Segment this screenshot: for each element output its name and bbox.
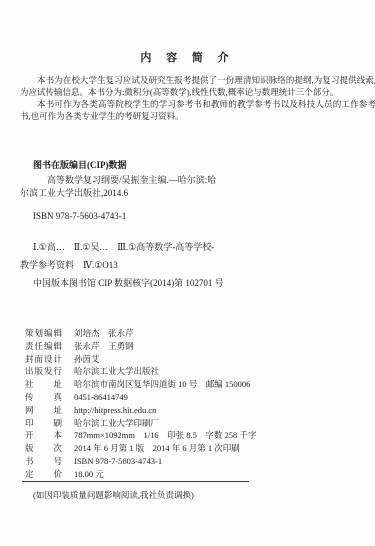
- pub-label: 策划编辑: [25, 327, 62, 340]
- pub-row-book-number: 书 号ISBN 978-7-5603-4743-1: [25, 455, 370, 468]
- pub-label: 印 刷: [25, 417, 62, 430]
- cip-bibliographic-line-1: 高等数学复习纲要/吴振奎主编.—哈尔滨:哈: [47, 174, 365, 188]
- pub-label: 网 址: [25, 404, 62, 417]
- publishing-info: 策划编辑刘培杰 张永芹 责任编辑张永芹 王勇钢 封面设计孙茵艾 出版发行哈尔滨工…: [25, 327, 370, 481]
- pub-row-edition: 版 次2014 年 6 月第 1 版 2014 年 6 月第 1 次印刷: [25, 442, 370, 455]
- pub-value: 0451-86414749: [74, 392, 128, 402]
- pub-value: 张永芹 王勇钢: [74, 341, 134, 351]
- pub-row-planning-editor: 策划编辑刘培杰 张永芹: [25, 327, 370, 340]
- summary-heading: 内 容 简 介: [0, 49, 375, 65]
- pub-label: 出版发行: [25, 365, 62, 378]
- pub-label: 开 本: [25, 429, 62, 442]
- pub-label: 书 号: [25, 455, 62, 468]
- pub-value: http://hitpress.hit.edu.cn: [74, 405, 156, 415]
- pub-value: 哈尔滨工业大学印刷厂: [74, 418, 159, 428]
- pub-value: 刘培杰 张永芹: [74, 328, 134, 338]
- pub-row-responsible-editor: 责任编辑张永芹 王勇钢: [25, 340, 370, 353]
- cip-class-line-1: Ⅰ.①高… Ⅱ.①吴… Ⅲ.①高等数学-高等学校-: [33, 238, 365, 256]
- pub-value: 孙茵艾: [74, 354, 100, 364]
- pub-row-fax: 传 真0451-86414749: [25, 391, 370, 404]
- pub-label: 责任编辑: [25, 340, 62, 353]
- cip-bibliographic-line-2: 尔滨工业大学出版社,2014.6: [20, 187, 365, 201]
- summary-paragraph-1: 本书为在校大学生复习应试及研究生报考提供了一份理清知识脉络的提纲,为复习提供线索…: [20, 74, 375, 98]
- pub-row-address: 社 址哈尔滨市南岗区复华四道街 10 号 邮编 150006: [25, 378, 370, 391]
- pub-label: 社 址: [25, 378, 62, 391]
- cip-class-line-2: 教学参考资料 Ⅳ.①O13: [20, 256, 365, 274]
- pub-row-cover-design: 封面设计孙茵艾: [25, 353, 370, 366]
- content-summary: 本书为在校大学生复习应试及研究生报考提供了一份理清知识脉络的提纲,为复习提供线索…: [20, 74, 375, 122]
- pub-value: 哈尔滨市南岗区复华四道街 10 号 邮编 150006: [74, 379, 250, 389]
- cip-block: 图书在版编目(CIP)数据 高等数学复习纲要/吴振奎主编.—哈尔滨:哈 尔滨工业…: [20, 159, 365, 223]
- pub-label: 定 价: [25, 468, 62, 481]
- cip-record-number: 中国版本图书馆 CIP 数据核字(2014)第 102701 号: [33, 276, 363, 289]
- copyright-page: 内 容 简 介 本书为在校大学生复习应试及研究生报考提供了一份理清知识脉络的提纲…: [0, 0, 375, 546]
- cip-classification: Ⅰ.①高… Ⅱ.①吴… Ⅲ.①高等数学-高等学校- 教学参考资料 Ⅳ.①O13: [20, 238, 365, 274]
- pub-label: 封面设计: [25, 353, 62, 366]
- summary-paragraph-2: 本书可作为各类高等院校学生的学习参考书和教师的教学参考书以及科技人员的工作参考书…: [20, 98, 375, 122]
- footer-divider: [22, 481, 249, 482]
- cip-isbn: ISBN 978-7-5603-4743-1: [33, 210, 365, 224]
- pub-value: 18.00 元: [74, 469, 104, 479]
- pub-row-printer: 印 刷哈尔滨工业大学印刷厂: [25, 417, 370, 430]
- pub-row-format: 开 本787mm×1092mm 1/16 印张 8.5 字数 258 千字: [25, 429, 370, 442]
- pub-row-price: 定 价18.00 元: [25, 468, 370, 481]
- pub-value: 2014 年 6 月第 1 版 2014 年 6 月第 1 次印刷: [74, 443, 240, 453]
- footer-note: (如因印装质量问题影响阅读,我社负责调换): [33, 489, 363, 501]
- pub-row-publisher: 出版发行哈尔滨工业大学出版社: [25, 365, 370, 378]
- pub-label: 传 真: [25, 391, 62, 404]
- pub-row-website: 网 址http://hitpress.hit.edu.cn: [25, 404, 370, 417]
- cip-title: 图书在版编目(CIP)数据: [33, 159, 365, 173]
- pub-value: ISBN 978-7-5603-4743-1: [74, 456, 162, 466]
- pub-label: 版 次: [25, 442, 62, 455]
- pub-value: 787mm×1092mm 1/16 印张 8.5 字数 258 千字: [74, 430, 256, 440]
- pub-value: 哈尔滨工业大学出版社: [74, 366, 159, 376]
